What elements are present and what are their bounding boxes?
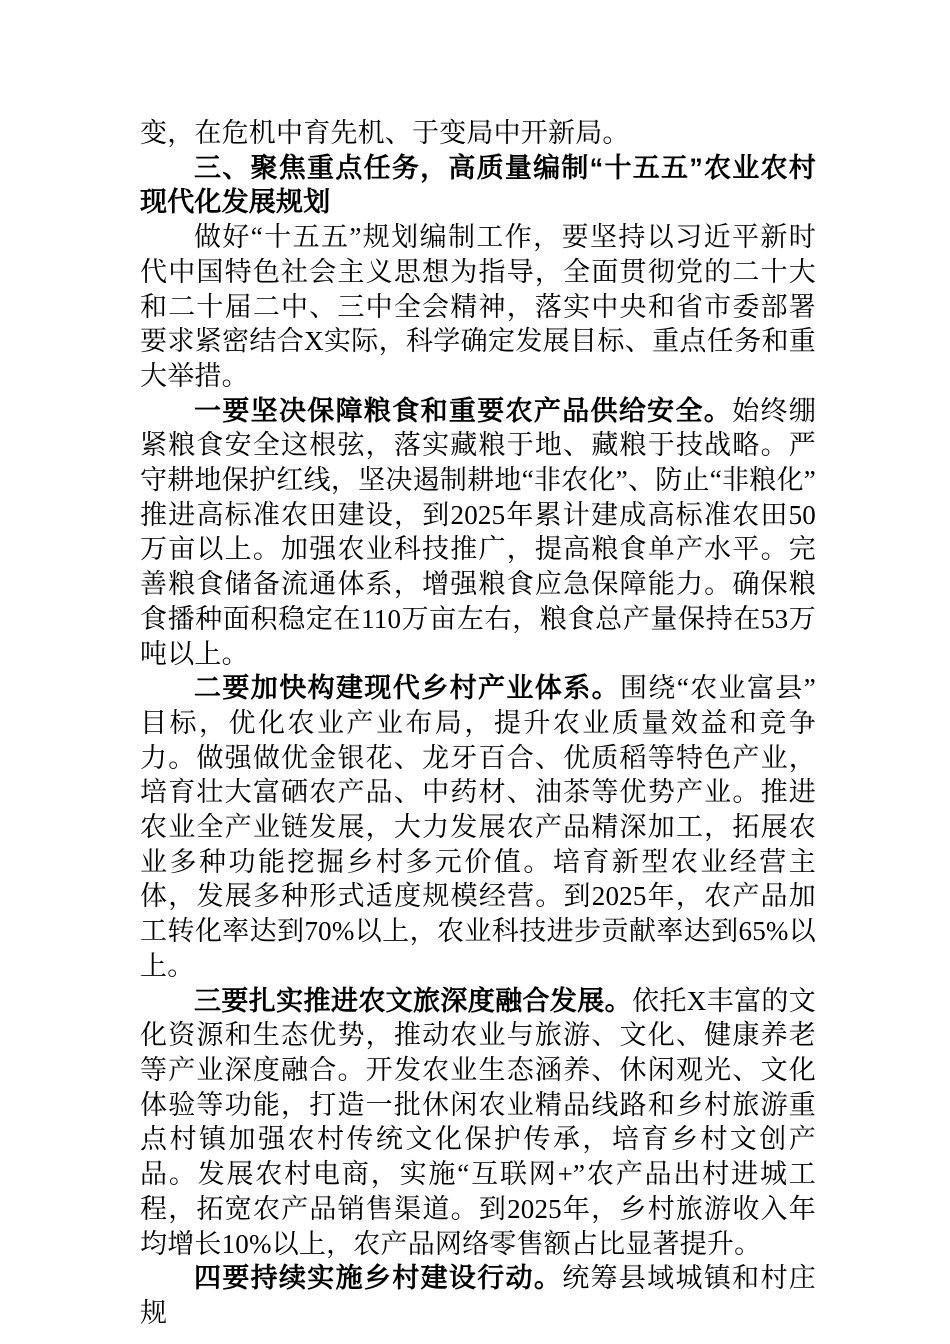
point-paragraph-1: 一要坚决保障粮食和重要农产品供给安全。始终绷紧粮食安全这根弦，落实藏粮于地、藏粮… — [140, 394, 816, 672]
document-page: 变，在危机中育先机、于变局中开新局。 三、聚焦重点任务，高质量编制“十五五”农业… — [0, 0, 950, 1344]
point-body-2: 围绕“农业富县”目标，优化农业产业布局，提升农业质量效益和竞争力。做强做优金银花… — [140, 673, 816, 981]
intro-text: 做好“十五五”规划编制工作，要坚持以习近平新时代中国特色社会主义思想为指导，全面… — [140, 222, 816, 391]
point-lead-4: 四要持续实施乡村建设行动。 — [194, 1263, 562, 1293]
document-text-block: 变，在危机中育先机、于变局中开新局。 三、聚焦重点任务，高质量编制“十五五”农业… — [140, 116, 816, 1331]
point-body-1: 始终绷紧粮食安全这根弦，落实藏粮于地、藏粮于技战略。严守耕地保护红线，坚决遏制耕… — [140, 396, 816, 669]
point-lead-2: 二要加快构建现代乡村产业体系。 — [194, 673, 620, 703]
section-heading: 三、聚焦重点任务，高质量编制“十五五”农业农村现代化发展规划 — [140, 151, 816, 220]
point-paragraph-3: 三要扎实推进农文旅深度融合发展。依托X丰富的文化资源和生态优势，推动农业与旅游、… — [140, 984, 816, 1262]
continuation-paragraph: 变，在危机中育先机、于变局中开新局。 — [140, 116, 816, 151]
point-paragraph-2: 二要加快构建现代乡村产业体系。围绕“农业富县”目标，优化农业产业布局，提升农业质… — [140, 671, 816, 983]
point-lead-3: 三要扎实推进农文旅深度融合发展。 — [194, 986, 632, 1016]
point-body-3: 依托X丰富的文化资源和生态优势，推动农业与旅游、文化、健康养老等产业深度融合。开… — [140, 986, 816, 1259]
intro-paragraph: 做好“十五五”规划编制工作，要坚持以习近平新时代中国特色社会主义思想为指导，全面… — [140, 220, 816, 394]
continuation-text: 变，在危机中育先机、于变局中开新局。 — [140, 118, 630, 148]
point-lead-1: 一要坚决保障粮食和重要农产品供给安全。 — [194, 396, 732, 426]
point-paragraph-4: 四要持续实施乡村建设行动。统筹县域城镇和村庄规 — [140, 1261, 816, 1330]
